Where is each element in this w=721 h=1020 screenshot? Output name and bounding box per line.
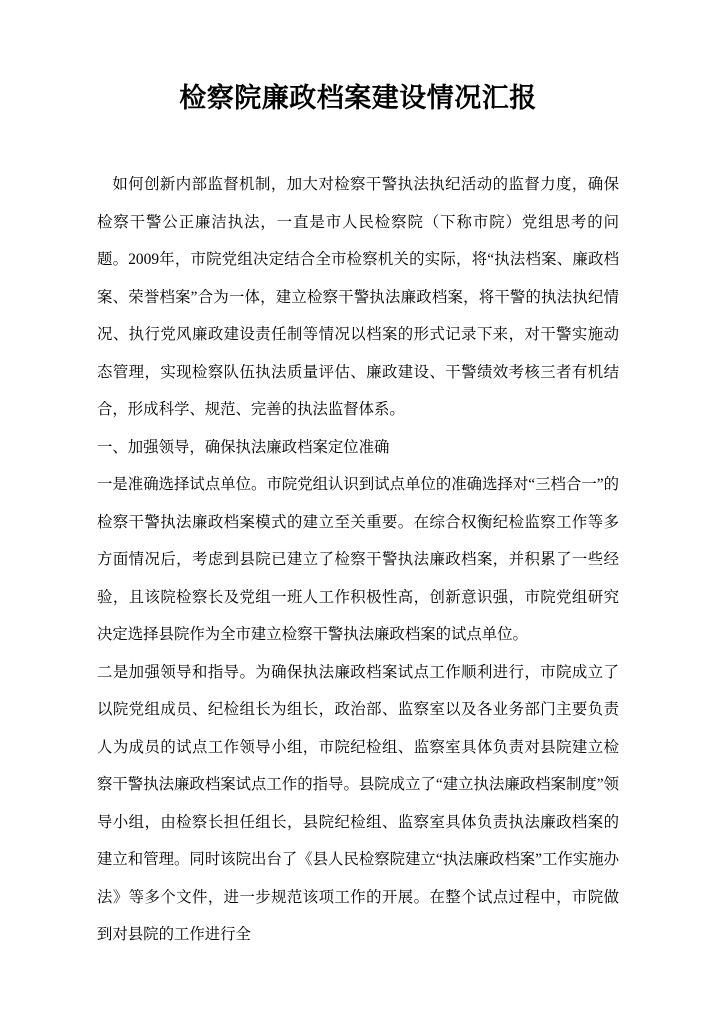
section-heading-1: 一、加强领导，确保执法廉政档案定位准确 xyxy=(97,429,619,467)
document-page: 检察院廉政档案建设情况汇报 如何创新内部监督机制，加大对检察干警执法执纪活动的监… xyxy=(0,0,721,1020)
point-1-paragraph: 一是准确选择试点单位。市院党组认识到试点单位的准确选择对“三档合一”的检察干警执… xyxy=(97,466,619,654)
document-title: 检察院廉政档案建设情况汇报 xyxy=(97,78,619,118)
intro-paragraph: 如何创新内部监督机制，加大对检察干警执法执纪活动的监督力度，确保检察干警公正廉洁… xyxy=(97,166,619,429)
point-2-paragraph: 二是加强领导和指导。为确保执法廉政档案试点工作顺利进行，市院成立了以院党组成员、… xyxy=(97,654,619,954)
